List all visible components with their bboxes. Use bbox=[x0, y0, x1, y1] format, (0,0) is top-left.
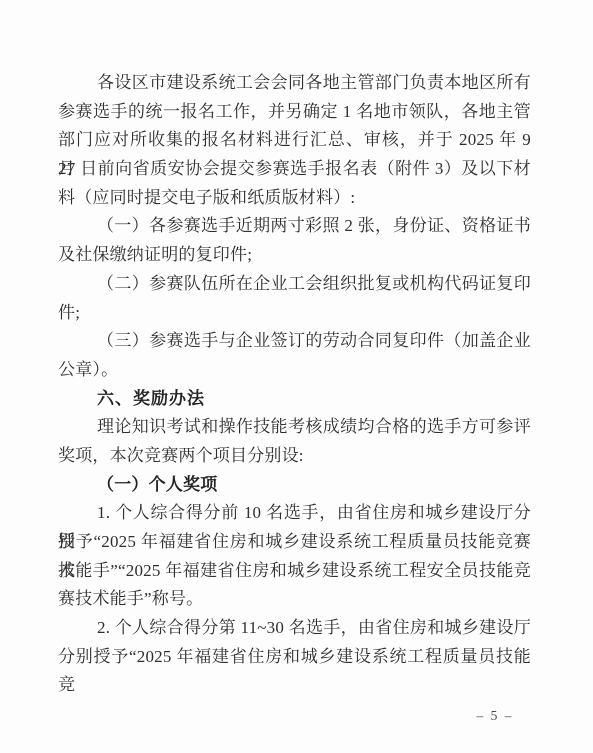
document-line: （一）各参赛选手近期两寸彩照 2 张，身份证、资格证书 bbox=[58, 212, 531, 241]
document-line: （一）个人奖项 bbox=[58, 471, 531, 500]
document-line: 件; bbox=[58, 299, 531, 328]
document-line: 2. 个人综合得分第 11~30 名选手，由省住房和城乡建设厅 bbox=[58, 614, 531, 643]
document-line: 27 日前向省质安协会提交参赛选手报名表（附件 3）及以下材 bbox=[58, 155, 531, 184]
document-line: 公章）。 bbox=[58, 356, 531, 385]
document-line: （三）参赛选手与企业签订的劳动合同复印件（加盖企业 bbox=[58, 327, 531, 356]
page-number: – 5 – bbox=[470, 708, 520, 724]
document-line: 授予“2025 年福建省住房和城乡建设系统工程质量员技能竞赛技 bbox=[58, 528, 531, 557]
scanned-document-page: 各设区市建设系统工会会同各地主管部门负责本地区所有参赛选手的统一报名工作，并另确… bbox=[0, 0, 593, 753]
document-line: 部门应对所收集的报名材料进行汇总、审核，并于 2025 年 9 月 bbox=[58, 126, 531, 155]
document-line: （二）参赛队伍所在企业工会组织批复或机构代码证复印 bbox=[58, 270, 531, 299]
document-line: 分别授予“2025 年福建省住房和城乡建设系统工程质量员技能竞 bbox=[58, 643, 531, 672]
document-line: 料（应同时提交电子版和纸质版材料）: bbox=[58, 184, 531, 213]
document-line: 赛技术能手”称号。 bbox=[58, 585, 531, 614]
document-line: 参赛选手的统一报名工作，并另确定 1 名地市领队，各地主管 bbox=[58, 98, 531, 127]
document-line: 术能手”“2025 年福建省住房和城乡建设系统工程安全员技能竞 bbox=[58, 557, 531, 586]
document-line: 六、奖励办法 bbox=[58, 385, 531, 414]
document-body: 各设区市建设系统工会会同各地主管部门负责本地区所有参赛选手的统一报名工作，并另确… bbox=[58, 69, 531, 671]
document-line: 及社保缴纳证明的复印件; bbox=[58, 241, 531, 270]
document-line: 各设区市建设系统工会会同各地主管部门负责本地区所有 bbox=[58, 69, 531, 98]
document-line: 奖项，本次竞赛两个项目分别设: bbox=[58, 442, 531, 471]
document-line: 1. 个人综合得分前 10 名选手，由省住房和城乡建设厅分别 bbox=[58, 499, 531, 528]
document-line: 理论知识考试和操作技能考核成绩均合格的选手方可参评 bbox=[58, 413, 531, 442]
